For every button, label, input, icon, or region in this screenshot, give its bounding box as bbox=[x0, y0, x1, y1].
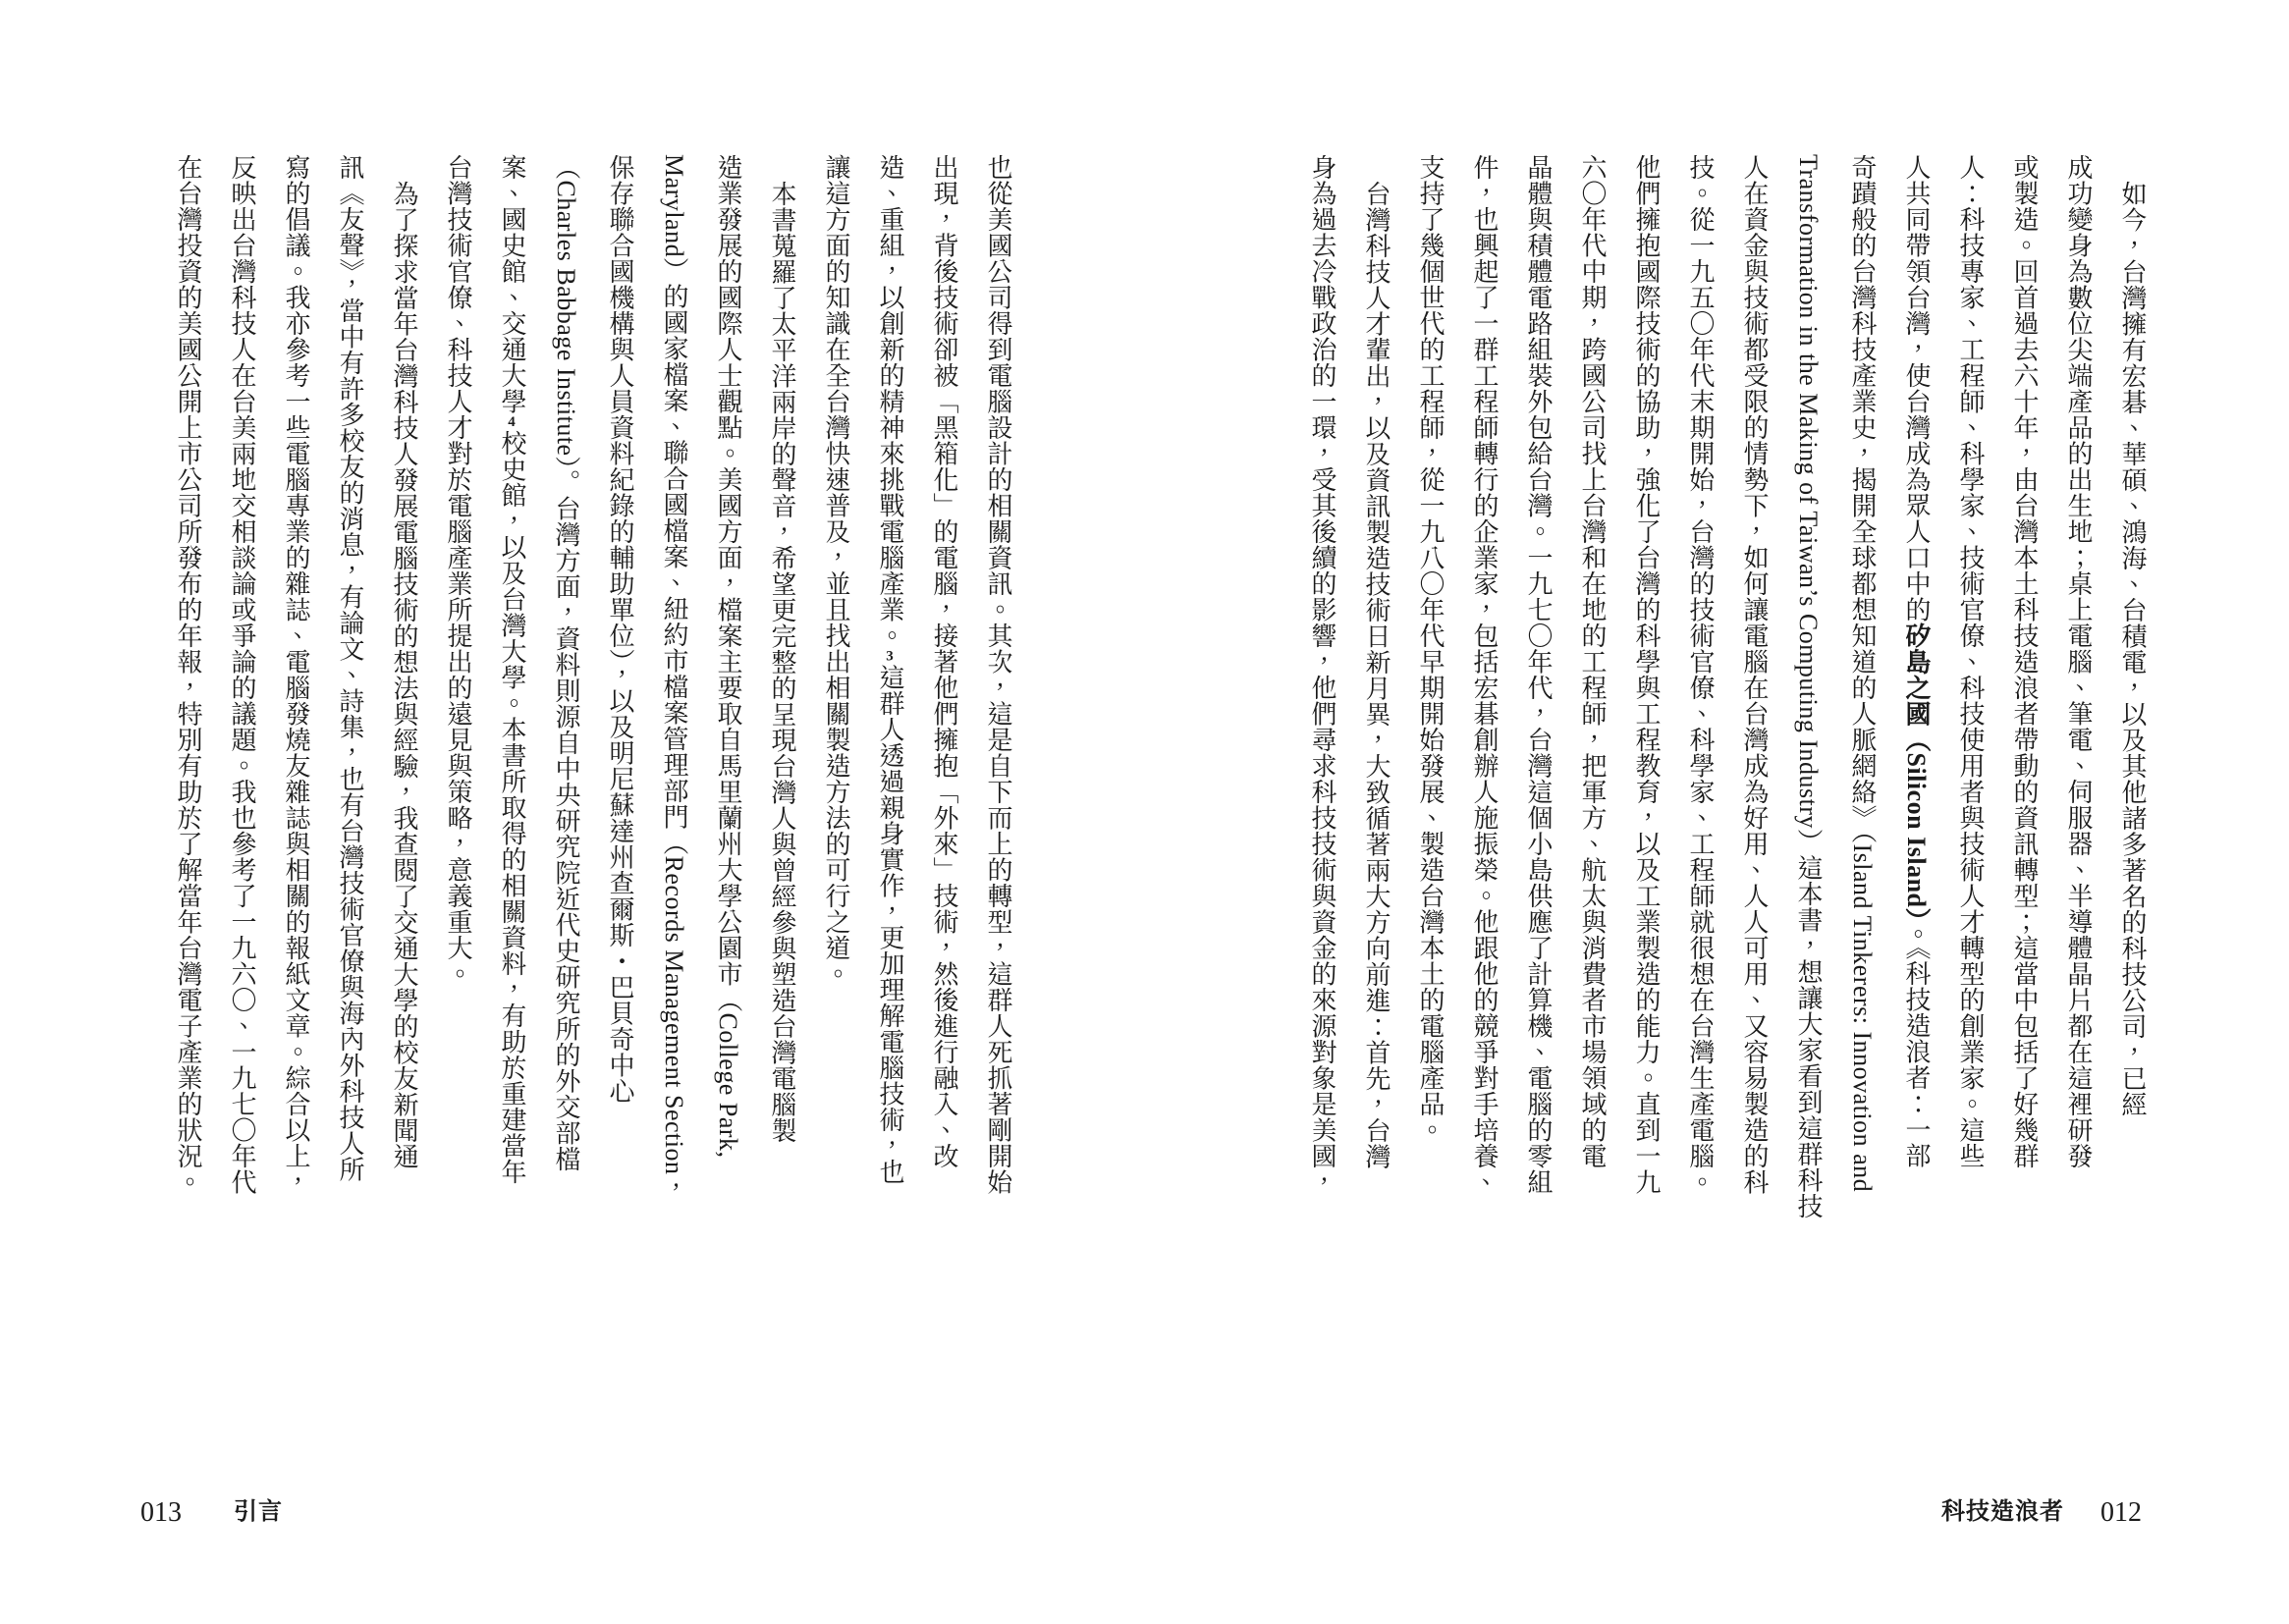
text-column: 他們擁抱國際技術的協助，強化了台灣的科學與工程教育，以及工業製造的能力。直到一九 bbox=[1632, 154, 1660, 1283]
footnote-marker: 3 bbox=[882, 649, 898, 665]
text-column: 支持了幾個世代的工程師，從一九八〇年代早期開始發展、製造台灣本土的電腦產品。 bbox=[1416, 154, 1444, 1283]
footnote-marker: 4 bbox=[504, 414, 519, 430]
text-column: 訊《友聲》，當中有許多校友的消息，有論文、詩集，也有台灣技術官僚與海內外科技人所 bbox=[336, 154, 363, 1283]
text-column: 出現，背後技術卻被「黑箱化」的電腦，接著他們擁抱「外來」技術，然後進行融入、改 bbox=[930, 154, 957, 1283]
text-column: 晶體與積體電路組裝外包給台灣。一九七〇年代，台灣這個小島供應了計算機、電腦的零組 bbox=[1524, 154, 1552, 1283]
text-column: 六〇年代中期，跨國公司找上台灣和在地的工程師，把軍方、航太與消費者市場領域的電 bbox=[1578, 154, 1606, 1283]
text-column: 為了探求當年台灣科技人發展電腦技術的想法與經驗，我查閱了交通大學的校友新聞通 bbox=[390, 154, 417, 1283]
text-column: 人：科技專家、工程師、科學家、技術官僚、科技使用者與技術人才轉型的創業家。這些 bbox=[1956, 154, 1984, 1283]
page-number-left: 013 bbox=[140, 1499, 182, 1527]
text-column: Maryland）的國家檔案、聯合國檔案、紐約市檔案管理部門（Records M… bbox=[660, 154, 687, 1283]
text-column: 造業發展的國際人士觀點。美國方面，檔案主要取自馬里蘭州大學公園市（College… bbox=[714, 154, 741, 1283]
text-column: 台灣科技人才輩出，以及資訊製造技術日新月異，大致循著兩大方向前進：首先，台灣 bbox=[1362, 154, 1390, 1283]
text-column: 件，也興起了一群工程師轉行的企業家，包括宏碁創辦人施振榮。他跟他的競爭對手培養、 bbox=[1470, 154, 1498, 1283]
text-column: 案、國史館、交通大學4校史館，以及台灣大學。本書所取得的相關資料，有助於重建當年 bbox=[498, 154, 525, 1283]
text-column: Transformation in the Making of Taiwan’s… bbox=[1794, 154, 1822, 1283]
book-spread: 如今，台灣擁有宏碁、華碩、鴻海、台積電，以及其他諸多著名的科技公司，已經成功變身… bbox=[0, 0, 2289, 1624]
text-column: 人共同帶領台灣，使台灣成為眾人口中的矽島之國（Silicon Island）。《… bbox=[1902, 154, 1930, 1283]
text-column: 或製造。回首過去六十年，由台灣本土科技造浪者帶動的資訊轉型；這當中包括了好幾群 bbox=[2010, 154, 2038, 1283]
text-column: 本書蒐羅了太平洋兩岸的聲音，希望更完整的呈現台灣人與曾經參與塑造台灣電腦製 bbox=[768, 154, 795, 1283]
text-column: 奇蹟般的台灣科技產業史，揭開全球都想知道的人脈網絡》（Island Tinker… bbox=[1848, 154, 1876, 1283]
text-column: 台灣技術官僚、科技人才對於電腦產業所提出的遠見與策略，意義重大。 bbox=[444, 154, 471, 1283]
running-title: 科技造浪者 bbox=[1941, 1500, 2064, 1524]
text-column: 也從美國公司得到電腦設計的相關資訊。其次，這是自下而上的轉型，這群人死抓著剛開始 bbox=[984, 154, 1011, 1283]
text-column: （Charles Babbage Institute）。台灣方面，資料則源自中央… bbox=[552, 154, 579, 1283]
text-column: 如今，台灣擁有宏碁、華碩、鴻海、台積電，以及其他諸多著名的科技公司，已經 bbox=[2118, 154, 2146, 1283]
section-title: 引言 bbox=[234, 1500, 283, 1524]
text-column: 讓這方面的知識在全台灣快速普及，並且找出相關製造方法的可行之道。 bbox=[822, 154, 849, 1283]
text-column: 身為過去冷戰政治的一環，受其後續的影響，他們尋求科技技術與資金的來源對象是美國， bbox=[1308, 154, 1335, 1283]
text-column: 造、重組，以創新的精神來挑戰電腦產業。3這群人透過親身實作，更加理解電腦技術，也 bbox=[876, 154, 903, 1283]
text-column: 反映出台灣科技人在台美兩地交相談論或爭論的議題。我也參考了一九六〇、一九七〇年代 bbox=[228, 154, 255, 1283]
text-column: 保存聯合國機構與人員資料紀錄的輔助單位），以及明尼蘇達州查爾斯・巴貝奇中心 bbox=[606, 154, 633, 1283]
text-column: 人在資金與技術都受限的情勢下，如何讓電腦在台灣成為好用、人人可用、又容易製造的科 bbox=[1740, 154, 1768, 1283]
text-column: 寫的倡議。我亦參考一些電腦專業的雜誌、電腦發燒友雜誌與相關的報紙文章。綜合以上， bbox=[282, 154, 309, 1283]
text-column: 在台灣投資的美國公開上市公司所發布的年報，特別有助於了解當年台灣電子產業的狀況。 bbox=[174, 154, 201, 1283]
page-number-right: 012 bbox=[2100, 1499, 2142, 1527]
text-column: 技。從一九五〇年代末期開始，台灣的技術官僚、科學家、工程師就很想在台灣生產電腦。 bbox=[1686, 154, 1714, 1283]
page-right-text-columns: 如今，台灣擁有宏碁、華碩、鴻海、台積電，以及其他諸多著名的科技公司，已經成功變身… bbox=[1308, 154, 2146, 1283]
text-column: 成功變身為數位尖端產品的出生地；桌上電腦、筆電、伺服器、半導體晶片都在這裡研發 bbox=[2064, 154, 2092, 1283]
page-left-text-columns: 也從美國公司得到電腦設計的相關資訊。其次，這是自下而上的轉型，這群人死抓著剛開始… bbox=[174, 154, 1011, 1283]
